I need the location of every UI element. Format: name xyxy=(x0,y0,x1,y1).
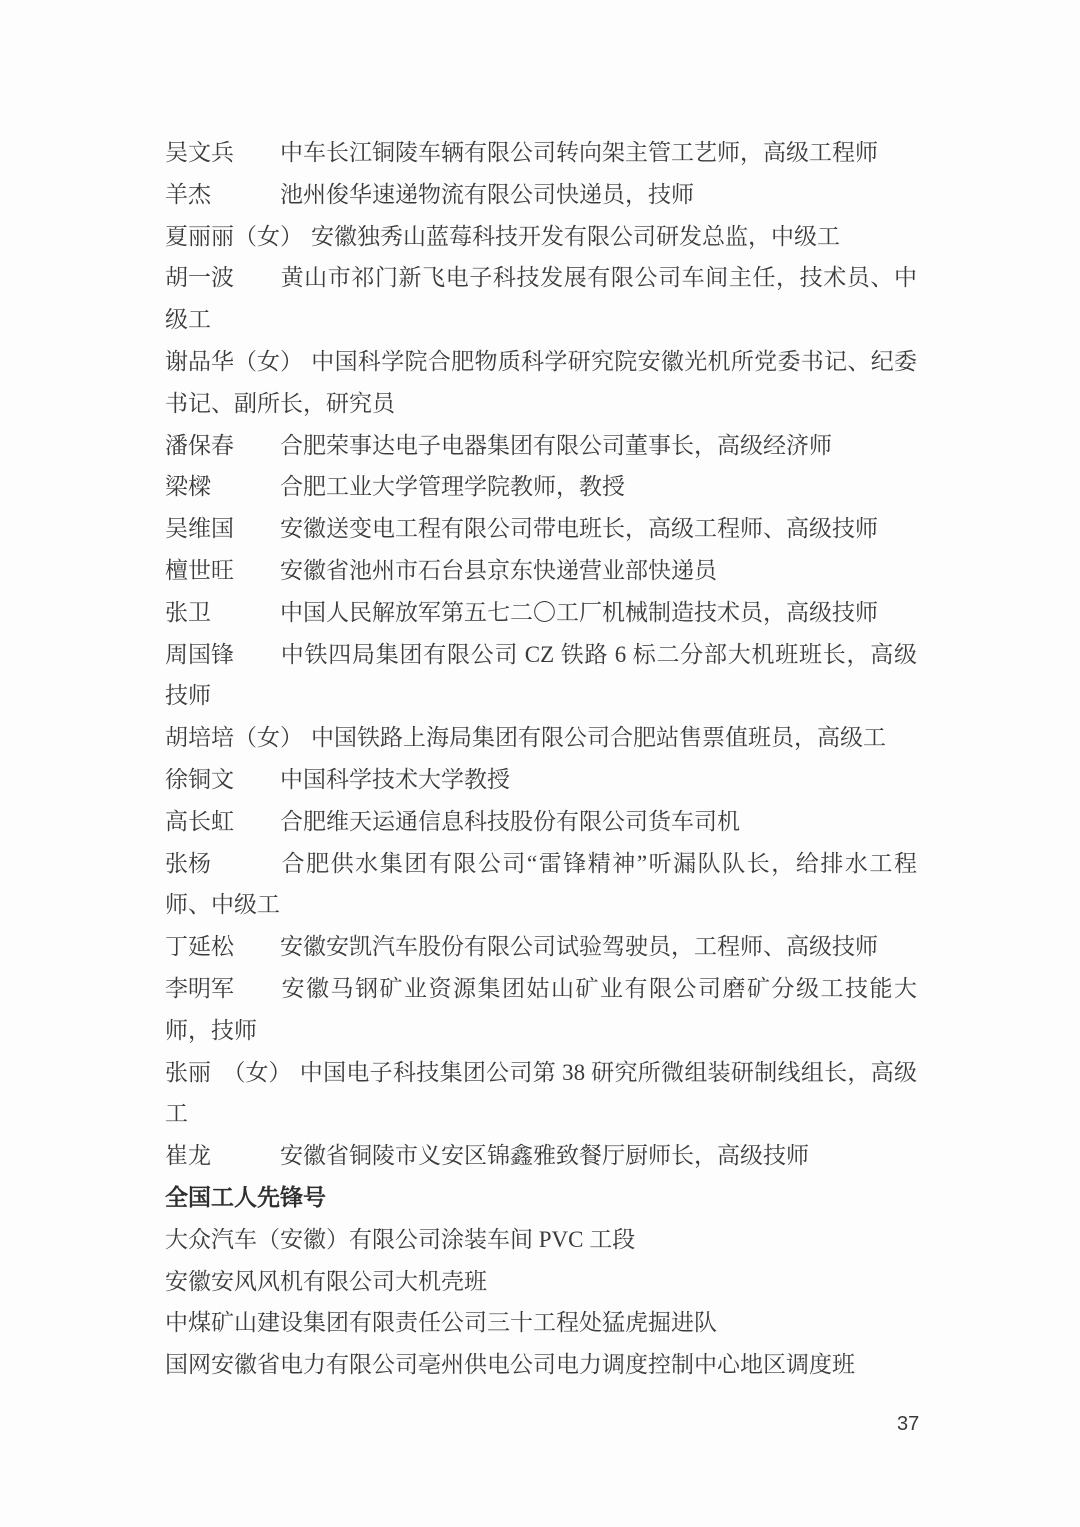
recipient-description: 中国铁路上海局集团有限公司合肥站售票值班员，高级工 xyxy=(311,725,886,750)
award-entry: 张杨合肥供水集团有限公司“雷锋精神”听漏队队长，给排水工程师、中级工 xyxy=(165,843,917,927)
award-entry: 梁樑合肥工业大学管理学院教师，教授 xyxy=(165,466,917,508)
award-entry: 张卫中国人民解放军第五七二〇工厂机械制造技术员，高级技师 xyxy=(165,592,917,634)
recipient-name: 夏丽丽（女） xyxy=(165,216,311,258)
award-entry: 胡一波黄山市祁门新飞电子科技发展有限公司车间主任，技术员、中级工 xyxy=(165,257,917,341)
recipient-description: 合肥荣事达电子电器集团有限公司董事长，高级经济师 xyxy=(280,433,832,458)
award-entry: 张丽 （女）中国电子科技集团公司第 38 研究所微组装研制线组长，高级工 xyxy=(165,1052,917,1136)
section-heading: 全国工人先锋号 xyxy=(165,1177,917,1219)
recipient-name: 崔龙 xyxy=(165,1135,280,1177)
award-entry: 周国锋中铁四局集团有限公司 CZ 铁路 6 标二分部大机班班长，高级技师 xyxy=(165,634,917,718)
organization-item: 国网安徽省电力有限公司亳州供电公司电力调度控制中心地区调度班 xyxy=(165,1344,917,1386)
recipient-name: 胡一波 xyxy=(165,257,280,299)
organization-item: 大众汽车（安徽）有限公司涂装车间 PVC 工段 xyxy=(165,1219,917,1261)
recipient-description: 中车长江铜陵车辆有限公司转向架主管工艺师，高级工程师 xyxy=(280,140,878,165)
organization-item: 安徽安风风机有限公司大机壳班 xyxy=(165,1261,917,1303)
page-number: 37 xyxy=(897,1410,919,1438)
recipient-name: 张卫 xyxy=(165,592,280,634)
recipient-description: 池州俊华速递物流有限公司快递员，技师 xyxy=(280,182,694,207)
recipient-description: 合肥工业大学管理学院教师，教授 xyxy=(280,474,625,499)
recipient-name: 羊杰 xyxy=(165,174,280,216)
recipient-description: 中国人民解放军第五七二〇工厂机械制造技术员，高级技师 xyxy=(280,600,878,625)
recipient-name: 梁樑 xyxy=(165,466,280,508)
recipient-description: 安徽省池州市石台县京东快递营业部快递员 xyxy=(280,558,717,583)
recipient-name: 谢品华（女） xyxy=(165,341,311,383)
award-entry: 檀世旺安徽省池州市石台县京东快递营业部快递员 xyxy=(165,550,917,592)
award-entry: 羊杰池州俊华速递物流有限公司快递员，技师 xyxy=(165,174,917,216)
award-recipient-list: 吴文兵中车长江铜陵车辆有限公司转向架主管工艺师，高级工程师羊杰池州俊华速递物流有… xyxy=(165,132,917,1177)
organization-list: 大众汽车（安徽）有限公司涂装车间 PVC 工段安徽安风风机有限公司大机壳班中煤矿… xyxy=(165,1219,917,1386)
award-entry: 丁延松安徽安凯汽车股份有限公司试验驾驶员，工程师、高级技师 xyxy=(165,926,917,968)
organization-item: 中煤矿山建设集团有限责任公司三十工程处猛虎掘进队 xyxy=(165,1302,917,1344)
award-entry: 徐铜文中国科学技术大学教授 xyxy=(165,759,917,801)
recipient-description: 安徽独秀山蓝莓科技开发有限公司研发总监，中级工 xyxy=(311,224,840,249)
recipient-description: 安徽省铜陵市义安区锦鑫雅致餐厅厨师长，高级技师 xyxy=(280,1143,809,1168)
recipient-description: 安徽安凯汽车股份有限公司试验驾驶员，工程师、高级技师 xyxy=(280,934,878,959)
award-entry: 吴维国安徽送变电工程有限公司带电班长，高级工程师、高级技师 xyxy=(165,508,917,550)
recipient-name: 张丽 （女） xyxy=(165,1052,300,1094)
document-content: 吴文兵中车长江铜陵车辆有限公司转向架主管工艺师，高级工程师羊杰池州俊华速递物流有… xyxy=(165,132,917,1386)
document-page: 吴文兵中车长江铜陵车辆有限公司转向架主管工艺师，高级工程师羊杰池州俊华速递物流有… xyxy=(0,0,1080,1527)
award-entry: 谢品华（女）中国科学院合肥物质科学研究院安徽光机所党委书记、纪委书记、副所长，研… xyxy=(165,341,917,425)
recipient-name: 檀世旺 xyxy=(165,550,280,592)
award-entry: 崔龙安徽省铜陵市义安区锦鑫雅致餐厅厨师长，高级技师 xyxy=(165,1135,917,1177)
recipient-description: 安徽送变电工程有限公司带电班长，高级工程师、高级技师 xyxy=(280,516,878,541)
award-entry: 李明军安徽马钢矿业资源集团姑山矿业有限公司磨矿分级工技能大师，技师 xyxy=(165,968,917,1052)
award-entry: 吴文兵中车长江铜陵车辆有限公司转向架主管工艺师，高级工程师 xyxy=(165,132,917,174)
recipient-name: 吴维国 xyxy=(165,508,280,550)
award-entry: 胡培培（女）中国铁路上海局集团有限公司合肥站售票值班员，高级工 xyxy=(165,717,917,759)
recipient-name: 胡培培（女） xyxy=(165,717,311,759)
recipient-name: 周国锋 xyxy=(165,634,280,676)
award-entry: 高长虹合肥维天运通信息科技股份有限公司货车司机 xyxy=(165,801,917,843)
recipient-name: 张杨 xyxy=(165,843,280,885)
recipient-name: 丁延松 xyxy=(165,926,280,968)
recipient-description: 中国科学技术大学教授 xyxy=(280,767,510,792)
award-entry: 夏丽丽（女）安徽独秀山蓝莓科技开发有限公司研发总监，中级工 xyxy=(165,216,917,258)
award-entry: 潘保春合肥荣事达电子电器集团有限公司董事长，高级经济师 xyxy=(165,425,917,467)
recipient-name: 潘保春 xyxy=(165,425,280,467)
recipient-name: 高长虹 xyxy=(165,801,280,843)
recipient-name: 李明军 xyxy=(165,968,280,1010)
recipient-name: 徐铜文 xyxy=(165,759,280,801)
recipient-name: 吴文兵 xyxy=(165,132,280,174)
recipient-description: 合肥维天运通信息科技股份有限公司货车司机 xyxy=(280,809,740,834)
